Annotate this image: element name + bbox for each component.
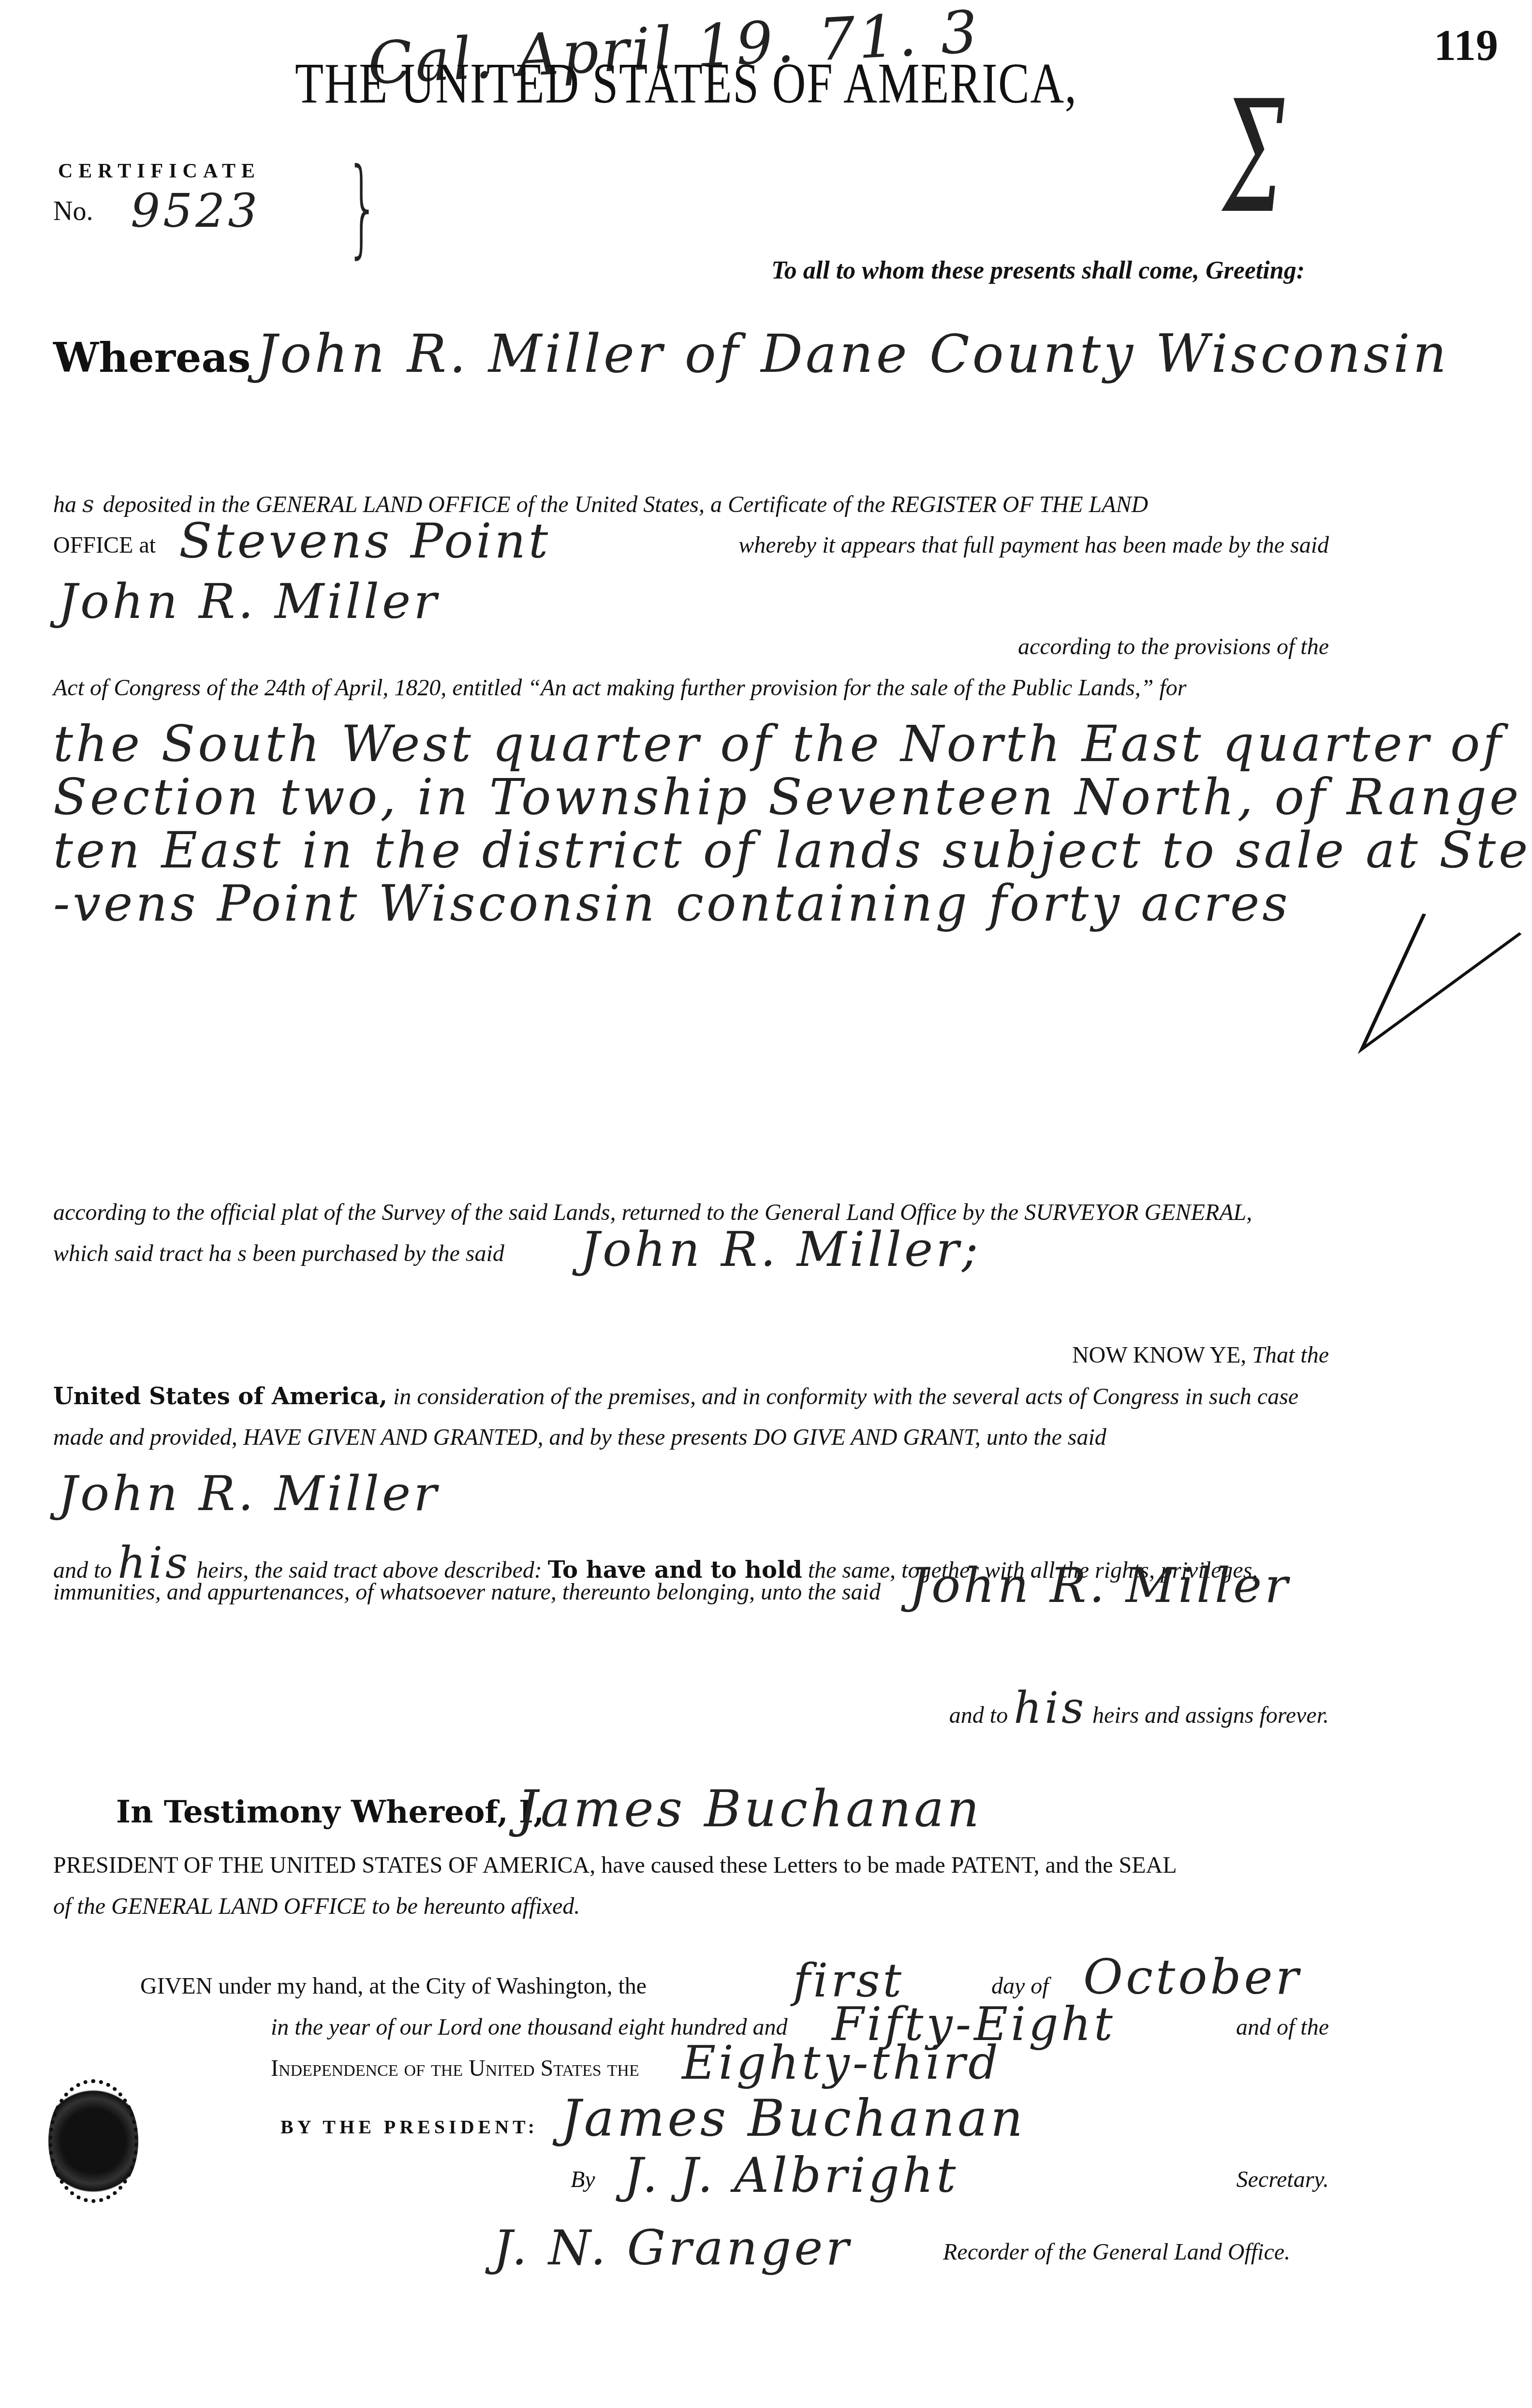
president-signature: James Buchanan xyxy=(561,2089,1026,2148)
act-of-congress-text: Act of Congress of the 24th of April, 18… xyxy=(53,675,1329,701)
certificate-number-label: No. xyxy=(53,196,93,227)
recorder-label: Recorder of the General Land Office. xyxy=(943,2239,1290,2265)
heirs-assigns-line: and to his heirs and assigns forever. xyxy=(949,1683,1329,1733)
recorder-signature: J. N. Granger xyxy=(493,2219,852,2276)
given-text: GIVEN under my hand, at the City of Wash… xyxy=(140,1973,647,1999)
land-description-line: ten East in the district of lands subjec… xyxy=(53,822,1532,880)
full-payment-text: whereby it appears that full payment has… xyxy=(738,532,1329,558)
consideration-text: in consideration of the premises, and in… xyxy=(393,1384,1298,1410)
secretary-signature: J. J. Albright xyxy=(624,2147,958,2203)
according-provisions-text: according to the provisions of the xyxy=(1018,633,1329,660)
consideration-line: United States of America, in considerati… xyxy=(53,1383,1329,1410)
his-handwritten: his xyxy=(1014,1683,1087,1733)
president-line-text: PRESIDENT OF THE UNITED STATES OF AMERIC… xyxy=(53,1852,1329,1879)
brace-icon: } xyxy=(346,145,380,269)
general-land-office-seal-icon xyxy=(48,2079,138,2203)
whereas-label: Whereas xyxy=(53,334,250,382)
land-office-location: Stevens Point xyxy=(179,513,551,569)
now-know-ye-label: NOW KNOW YE, xyxy=(1072,1342,1246,1368)
testimony-label: In Testimony Whereof, I, xyxy=(116,1794,544,1830)
payer-handwritten: John R. Miller xyxy=(58,573,440,630)
independence-text: Independence of the United States the xyxy=(271,2055,639,2082)
greeting: To all to whom these presents shall come… xyxy=(771,256,1305,285)
grantee-handwritten: John R. Miller xyxy=(58,1465,440,1522)
document-title: THE UNITED STATES OF AMERICA, xyxy=(295,51,1077,117)
made-provided-text: made and provided, HAVE GIVEN AND GRANTE… xyxy=(53,1424,1329,1451)
grantee-handwritten: John R. Miller xyxy=(909,1557,1291,1614)
certificate-number: 9523 xyxy=(131,184,260,238)
page-number: 119 xyxy=(1434,19,1498,71)
now-know-ye: NOW KNOW YE, That the xyxy=(1072,1342,1329,1368)
office-at-label: OFFICE at xyxy=(53,532,156,558)
certificate-label: CERTIFICATE xyxy=(58,160,261,183)
deposit-hand: s xyxy=(82,491,97,518)
by-the-president-label: BY THE PRESIDENT: xyxy=(280,2115,538,2138)
sigma-margin-mark-icon: Σ xyxy=(1224,68,1284,248)
independence-year-handwritten: Eighty-third xyxy=(682,2036,1001,2090)
secretary-label: Secretary. xyxy=(1237,2166,1329,2193)
deposit-prefix: ha xyxy=(53,492,76,517)
immunities-text: immunities, and appurtenances, of whatso… xyxy=(53,1579,881,1605)
by-label: By xyxy=(571,2166,595,2193)
day-of-text: day of xyxy=(991,1973,1049,1999)
check-mark-icon xyxy=(1339,904,1532,1093)
and-to-text: and to xyxy=(949,1703,1008,1728)
and-of-the-text: and of the xyxy=(1236,2014,1329,2041)
united-states-label: United States of America, xyxy=(53,1383,387,1410)
given-month-handwritten: October xyxy=(1083,1949,1301,2005)
purchaser-handwritten: John R. Miller; xyxy=(580,1221,981,1277)
president-name-handwritten: James Buchanan xyxy=(517,1779,982,1838)
land-description-line: the South West quarter of the North East… xyxy=(53,716,1504,773)
tract-purchased-text: which said tract ha s been purchased by … xyxy=(53,1240,504,1267)
heirs-assigns-text: heirs and assigns forever. xyxy=(1092,1703,1329,1728)
grantee-handwritten: John R. Miller of Dane County Wisconsin xyxy=(256,324,1449,384)
seal-affixed-text: of the GENERAL LAND OFFICE to be hereunt… xyxy=(53,1893,580,1920)
land-description-line: Section two, in Township Seventeen North… xyxy=(53,769,1521,826)
check-mark-svg xyxy=(1347,904,1532,1059)
that-the-text: That the xyxy=(1252,1342,1329,1368)
land-description-line: -vens Point Wisconsin containing forty a… xyxy=(53,875,1291,933)
